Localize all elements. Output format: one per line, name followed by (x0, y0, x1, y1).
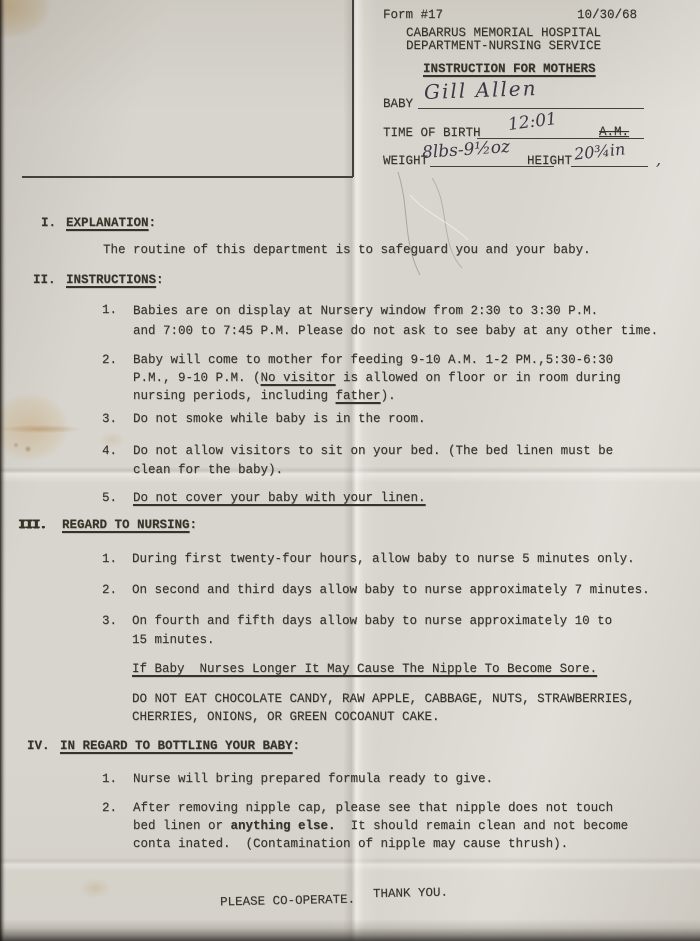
bottling-item-1: Nurse will bring prepared formula ready … (133, 770, 493, 789)
height-label: HEIGHT (527, 152, 572, 171)
instruction-item-3: Do not smoke while baby is in the room. (133, 410, 426, 429)
item-2-underlined-father: father (336, 389, 381, 403)
bottling-item-2: After removing nipple cap, please see th… (133, 799, 628, 853)
form-number: Form #17 (383, 6, 443, 25)
item-number: 2. (102, 799, 117, 818)
section-2-heading-colon: : (156, 273, 164, 287)
header-divider-horizontal (22, 176, 353, 178)
section-2-numeral: II. (33, 271, 56, 290)
section-4-heading: IN REGARD TO BOTTLING YOUR BABY: (60, 737, 300, 756)
item-number: 1. (102, 770, 117, 789)
form-date: 10/30/68 (577, 6, 637, 25)
section-3-heading-colon: : (190, 518, 198, 532)
section-1-heading-text: EXPLANATION (66, 216, 149, 230)
baby-name-handwritten: Gill Allen (424, 76, 538, 104)
nursing-item-2: On second and third days allow baby to n… (132, 581, 650, 600)
item-2-text: ). (381, 389, 396, 403)
instruction-item-1: Babies are on display at Nursery window … (133, 301, 658, 341)
scanned-form-page: Form #17 10/30/68 CABARRUS MEMORIAL HOSP… (0, 0, 700, 941)
section-1-numeral: I. (41, 214, 56, 233)
item-number: 1. (102, 550, 117, 569)
baby-field-label: BABY (383, 95, 413, 114)
item-number: 1. (102, 301, 117, 320)
item-number: 4. (102, 442, 117, 461)
section-3-heading: REGARD TO NURSING: (62, 516, 197, 535)
footer-thank-you: THANK YOU. (373, 884, 448, 905)
item-number: 3. (102, 612, 117, 631)
item-number: 2. (102, 351, 117, 370)
footer-line: PLEASE CO-OPERATE.THANK YOU. (220, 889, 448, 913)
section-2-heading-text: INSTRUCTIONS (66, 273, 156, 287)
section-1-heading-colon: : (149, 216, 157, 230)
item-number: 3. (102, 410, 117, 429)
instruction-item-4: Do not allow visitors to sit on your bed… (133, 442, 613, 480)
instruction-item-5: Do not cover your baby with your linen. (133, 489, 426, 508)
paper-crease-marks (380, 170, 500, 280)
item-2-underlined-no-visitor: No visitor (261, 371, 336, 385)
am-crossed-out: A.M. (599, 123, 629, 142)
nursing-item-3: On fourth and fifth days allow baby to n… (132, 612, 612, 650)
item-2-bold-anything-else: anything else. (231, 819, 336, 833)
department-name: DEPARTMENT-NURSING SERVICE (406, 37, 601, 56)
instruction-item-2: Baby will come to mother for feeding 9-1… (133, 351, 621, 405)
section-4-heading-text: IN REGARD TO BOTTLING YOUR BABY (60, 739, 293, 753)
item-number: 5. (102, 489, 117, 508)
section-1-body: The routine of this department is to saf… (103, 241, 591, 260)
header-divider-vertical (352, 0, 354, 177)
nursing-warning-note: If Baby Nurses Longer It May Cause The N… (132, 660, 597, 679)
height-trailing-mark: , (656, 150, 661, 169)
nursing-item-1: During first twenty-four hours, allow ba… (132, 550, 635, 569)
footer-please-cooperate: PLEASE CO-OPERATE. (220, 893, 355, 910)
section-4-heading-colon: : (293, 739, 301, 753)
section-1-heading: EXPLANATION: (66, 214, 156, 233)
section-2-heading: INSTRUCTIONS: (66, 271, 164, 290)
section-4-numeral: IV. (27, 737, 50, 756)
item-number: 2. (102, 581, 117, 600)
food-restriction-note: DO NOT EAT CHOCOLATE CANDY, RAW APPLE, C… (132, 690, 635, 726)
section-3-heading-text: REGARD TO NURSING (62, 518, 190, 532)
section-3-numeral: III. (18, 516, 46, 535)
